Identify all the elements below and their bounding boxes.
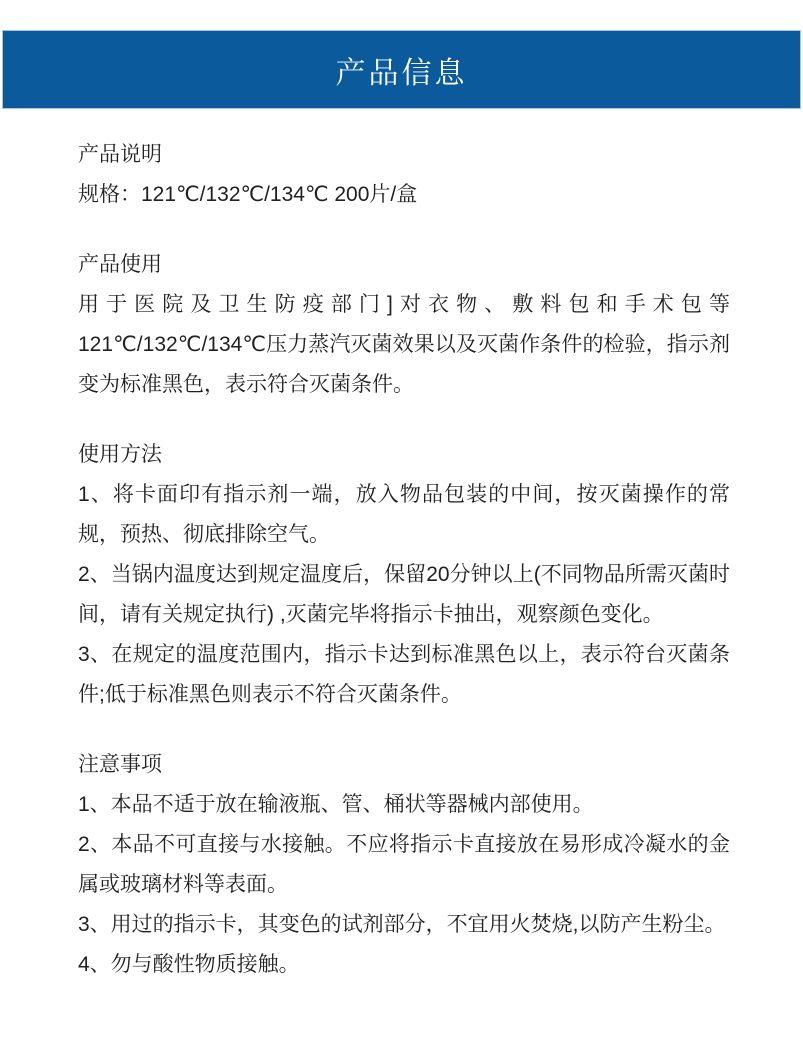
- section-heading-product-usage: 产品使用: [78, 245, 730, 285]
- usage-method-step-1: 1、将卡面印有指示剂一端，放入物品包装的中间，按灭菌操作的常规，预热、彻底排除空…: [78, 475, 730, 555]
- usage-method-step-2: 2、当锅内温度达到规定温度后，保留20分钟以上(不同物品所需灭菌时间，请有关规定…: [78, 555, 730, 635]
- product-info-banner: 产品信息: [2, 30, 801, 109]
- precaution-item-3: 3、用过的指示卡，其变色的试剂部分，不宜用火焚烧,以防产生粉尘。: [78, 905, 730, 945]
- section-usage-method: 使用方法 1、将卡面印有指示剂一端，放入物品包装的中间，按灭菌操作的常规，预热、…: [78, 435, 730, 715]
- usage-method-step-3: 3、在规定的温度范围内，指示卡达到标准黑色以上，表示符台灭菌条件;低于标准黑色则…: [78, 635, 730, 715]
- section-heading-usage-method: 使用方法: [78, 435, 730, 475]
- section-product-description: 产品说明 规格：121℃/132℃/134℃ 200片/盒: [78, 135, 730, 215]
- section-heading-product-description: 产品说明: [78, 135, 730, 175]
- precaution-item-1: 1、本品不适于放在输液瓶、管、桶状等器械内部使用。: [78, 785, 730, 825]
- product-info-page: 产品信息 产品说明 规格：121℃/132℃/134℃ 200片/盒 产品使用 …: [0, 30, 803, 1042]
- content-area: 产品说明 规格：121℃/132℃/134℃ 200片/盒 产品使用 用于医院及…: [0, 109, 803, 1011]
- page-title: 产品信息: [336, 48, 468, 92]
- spec-line: 规格：121℃/132℃/134℃ 200片/盒: [78, 175, 730, 215]
- precaution-item-4: 4、勿与酸性物质接触。: [78, 945, 730, 985]
- section-heading-precautions: 注意事项: [78, 745, 730, 785]
- precaution-item-2: 2、本品不可直接与水接触。不应将指示卡直接放在易形成冷凝水的金属或玻璃材料等表面…: [78, 825, 730, 905]
- section-precautions: 注意事项 1、本品不适于放在输液瓶、管、桶状等器械内部使用。 2、本品不可直接与…: [78, 745, 730, 985]
- product-usage-paragraph: 用于医院及卫生防疫部门]对衣物、敷料包和手术包等121℃/132℃/134℃压力…: [78, 285, 730, 405]
- section-product-usage: 产品使用 用于医院及卫生防疫部门]对衣物、敷料包和手术包等121℃/132℃/1…: [78, 245, 730, 405]
